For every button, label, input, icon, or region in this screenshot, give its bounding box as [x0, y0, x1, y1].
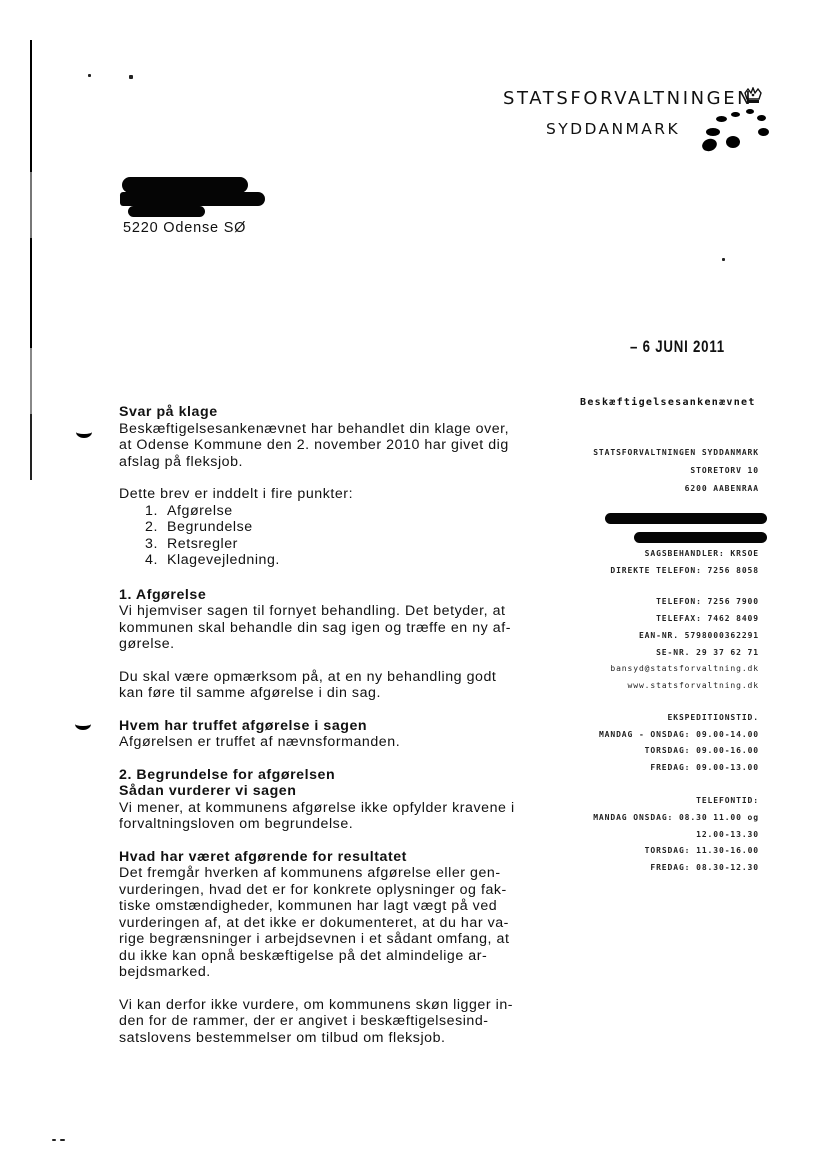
office-hours-mon-wed: MANDAG - ONSDAG: 09.00-14.00 — [599, 730, 759, 739]
redacted-sidebar-line — [605, 513, 767, 524]
body-line: du ikke kan opnå beskæftigelse på det al… — [119, 948, 549, 965]
phone-hours-title: TELEFONTID: — [696, 796, 759, 805]
body-line: den for de rammer, der er angivet i besk… — [119, 1013, 549, 1030]
body-line: Vi mener, at kommunens afgørelse ikke op… — [119, 800, 549, 817]
body-line: rige begrænsninger i arbejdsevnen i et s… — [119, 931, 549, 948]
phone-hours-thu: TORSDAG: 11.30-16.00 — [645, 846, 759, 855]
letter-body: Svar på klage Beskæftigelsesankenævnet h… — [119, 404, 549, 1046]
who-heading: Hvem har truffet afgørelse i sagen — [119, 718, 549, 735]
phone-hours-mon-wed: MANDAG ONSDAG: 08.30 11.00 og — [593, 813, 759, 822]
authority-name: Beskæftigelsesankenævnet — [580, 397, 756, 408]
case-handler: SAGSBEHANDLER: KRSOE — [645, 549, 759, 558]
toc-item: 2.Begrundelse — [145, 519, 549, 536]
phone-hours-fri: FREDAG: 08.30-12.30 — [650, 863, 759, 872]
sender-address-1: STATSFORVALTNINGEN SYDDANMARK — [593, 448, 759, 457]
body-line: satslovens bestemmelser om tilbud om fle… — [119, 1030, 549, 1047]
website-link[interactable]: www.statsforvaltning.dk — [628, 681, 759, 690]
royal-crown-icon — [742, 87, 764, 105]
body-line: Vi kan derfor ikke vurdere, om kommunens… — [119, 997, 549, 1014]
scan-speck — [722, 258, 725, 261]
direct-phone: DIREKTE TELEFON: 7256 8058 — [610, 566, 759, 575]
scan-margin-line — [30, 40, 32, 480]
body-line: vurderingen af, at det ikke er dokumente… — [119, 915, 549, 932]
body-line: kommunen skal behandle din sag igen og t… — [119, 620, 549, 637]
binder-mark — [75, 718, 91, 730]
body-line: Du skal være opmærksom på, at en ny beha… — [119, 669, 549, 686]
redacted-sidebar-line — [634, 532, 767, 543]
section1-heading: 1. Afgørelse — [119, 587, 549, 604]
sender-address-3: 6200 AABENRAA — [685, 484, 759, 493]
body-line: kan føre til samme afgørelse i din sag. — [119, 685, 549, 702]
body-line: bejdsmarked. — [119, 964, 549, 981]
body-line: Det fremgår hverken af kommunens afgørel… — [119, 865, 549, 882]
phone: TELEFON: 7256 7900 — [656, 597, 759, 606]
phone-hours-mon-wed-2: 12.00-13.30 — [696, 830, 759, 839]
toc-list: 1.Afgørelse 2.Begrundelse 3.Retsregler 4… — [119, 503, 549, 569]
binder-mark — [76, 426, 92, 438]
scan-speck — [60, 1139, 65, 1141]
toc-intro: Dette brev er inddelt i fire punkter: — [119, 486, 549, 503]
toc-item: 1.Afgørelse — [145, 503, 549, 520]
fax: TELEFAX: 7462 8409 — [656, 614, 759, 623]
date-stamp: – 6 JUNI 2011 — [630, 337, 725, 357]
sender-address-2: STORETORV 10 — [690, 466, 759, 475]
body-line: Vi hjemviser sagen til fornyet behandlin… — [119, 603, 549, 620]
scan-speck — [129, 75, 133, 79]
ean-number: EAN-NR. 5798000362291 — [639, 631, 759, 640]
subject-heading: Svar på klage — [119, 404, 549, 421]
scan-speck — [52, 1139, 56, 1141]
redacted-street — [120, 192, 265, 206]
email-link[interactable]: bansyd@statsforvaltning.dk — [610, 664, 759, 673]
dots-circle-logo-icon — [702, 106, 778, 162]
body-line: gørelse. — [119, 636, 549, 653]
body-line: forvaltningsloven om begrundelse. — [119, 816, 549, 833]
scan-speck — [88, 74, 91, 77]
se-number: SE-NR. 29 37 62 71 — [656, 648, 759, 657]
redacted-name — [122, 177, 248, 193]
intro-line: at Odense Kommune den 2. november 2010 h… — [119, 437, 549, 454]
office-hours-fri: FREDAG: 09.00-13.00 — [650, 763, 759, 772]
office-hours-title: EKSPEDITIONSTID. — [668, 713, 759, 722]
redacted-line — [128, 206, 205, 217]
assess-heading: Sådan vurderer vi sagen — [119, 783, 549, 800]
body-line: Afgørelsen er truffet af nævnsformanden. — [119, 734, 549, 751]
decisive-heading: Hvad har været afgørende for resultatet — [119, 849, 549, 866]
toc-item: 3.Retsregler — [145, 536, 549, 553]
intro-line: afslag på fleksjob. — [119, 454, 549, 471]
section2-heading: 2. Begrundelse for afgørelsen — [119, 767, 549, 784]
letterhead-subtitle: SYDDANMARK — [546, 120, 680, 138]
office-hours-thu: TORSDAG: 09.00-16.00 — [645, 746, 759, 755]
body-line: tiske omstændigheder, kommunen har lagt … — [119, 898, 549, 915]
recipient-city: 5220 Odense SØ — [123, 220, 246, 236]
body-line: vurderingen, hvad det er for konkrete op… — [119, 882, 549, 899]
intro-line: Beskæftigelsesankenævnet har behandlet d… — [119, 421, 549, 438]
toc-item: 4.Klagevejledning. — [145, 552, 549, 569]
